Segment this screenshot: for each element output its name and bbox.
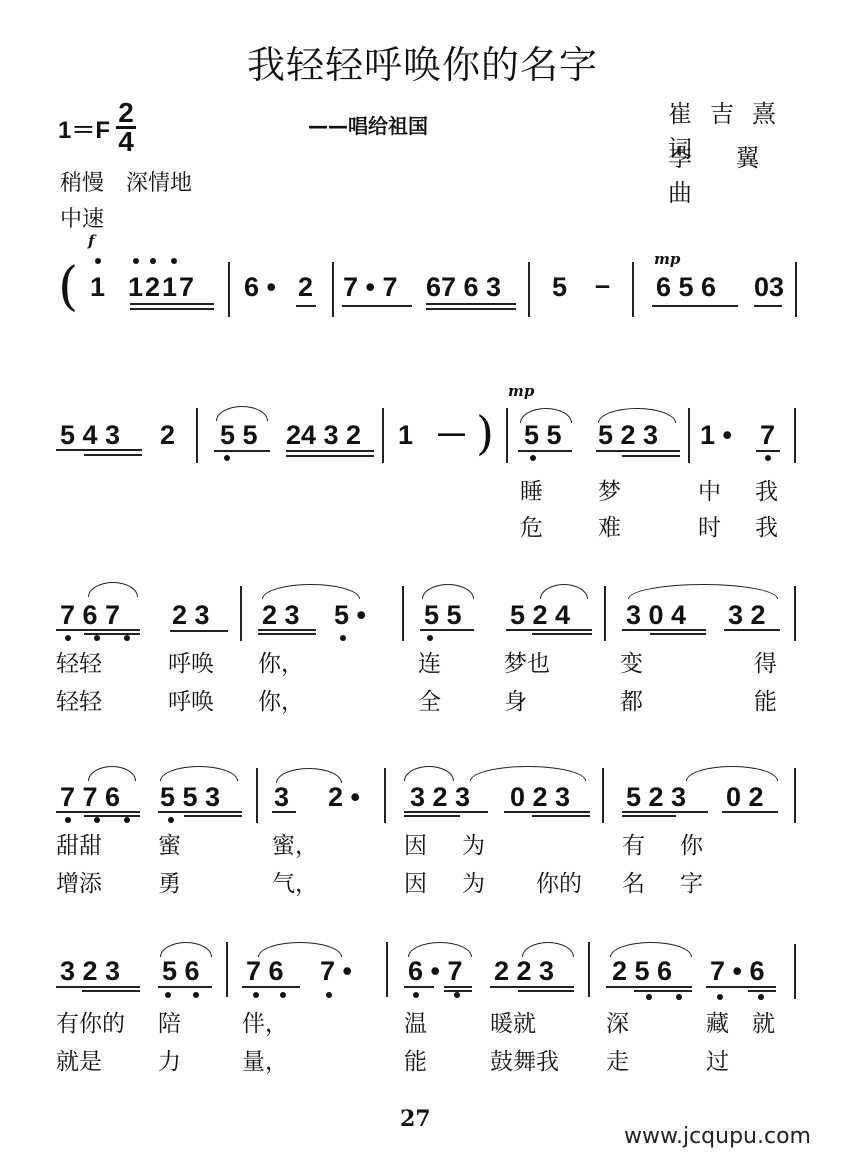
note-group: 24 3 2 <box>286 420 361 450</box>
open-parenthesis: ( <box>58 264 78 310</box>
lyric: 鼓舞我 <box>490 1048 559 1076</box>
lyric: 就是 <box>56 1048 102 1076</box>
note-group: 5 • <box>334 600 366 630</box>
note: 2 <box>160 420 175 450</box>
lyric: 难 <box>598 514 621 542</box>
note-group: 67 6 3 <box>426 272 501 302</box>
note-group: 5 5 <box>424 600 462 630</box>
lyric: 为 <box>462 832 485 860</box>
lyric: 勇 <box>158 870 181 898</box>
lyric: 字 <box>680 870 703 898</box>
key-label: 1＝F <box>58 110 110 145</box>
note-group: 2 2 3 <box>494 956 554 986</box>
lyric: 睡 <box>520 478 543 506</box>
lyric: 量， <box>242 1048 288 1076</box>
lyric: 你， <box>258 688 304 716</box>
note: 3 <box>274 782 289 812</box>
note-group: 5 5 <box>220 420 258 450</box>
note-group: 2 5 6 <box>612 956 672 986</box>
lyric: 你的 <box>536 870 582 898</box>
lyric: 暖就 <box>490 1010 536 1038</box>
lyric: 轻轻 <box>56 688 102 716</box>
lyric: 呼唤 <box>168 688 214 716</box>
dash: – <box>595 270 610 300</box>
note-group: 7 6 7 <box>60 600 120 630</box>
key-signature: 1＝F 2 4 <box>58 100 136 155</box>
song-title: 我轻轻呼唤你的名字 <box>0 34 845 89</box>
lyric: 变 <box>620 650 643 678</box>
lyric: 藏 <box>706 1010 729 1038</box>
note-group: 5 2 3 <box>626 782 686 812</box>
close-parenthesis: ) <box>476 410 494 456</box>
note-group: 5 4 3 <box>60 420 120 450</box>
note-group: 6 • 7 <box>408 956 463 986</box>
note: 7 <box>760 420 775 450</box>
composer-credit: 李 翼 曲 <box>668 138 845 208</box>
lyric: 我 <box>755 514 778 542</box>
dash: — <box>438 418 465 448</box>
lyric: 增添 <box>56 870 102 898</box>
lyric: 伴， <box>242 1010 288 1038</box>
note-group: 7 7 6 <box>60 782 120 812</box>
lyric: 温 <box>404 1010 427 1038</box>
lyric: 过 <box>706 1048 729 1076</box>
note-group: 5 2 4 <box>510 600 570 630</box>
note-group: 0 2 3 <box>510 782 570 812</box>
note: 6 • <box>244 272 276 302</box>
note-group: 5 6 <box>162 956 200 986</box>
note-group: 7 6 <box>246 956 284 986</box>
time-signature: 2 4 <box>116 100 136 155</box>
lyric: 你， <box>258 650 304 678</box>
lyric: 全 <box>418 688 441 716</box>
lyric: 蜜， <box>272 832 318 860</box>
lyric: 梦也 <box>504 650 550 678</box>
note-group: 1 • <box>700 420 732 450</box>
dynamic-mezzo-piano: mp <box>654 250 680 268</box>
note-group: 6 5 6 <box>656 272 716 302</box>
lyric: 有 <box>622 832 645 860</box>
page-number: 27 <box>400 1106 431 1132</box>
lyric: 危 <box>520 514 543 542</box>
note-group: 7 • 6 <box>710 956 765 986</box>
lyric: 梦 <box>598 478 621 506</box>
lyric: 连 <box>418 650 441 678</box>
lyric: 蜜 <box>158 832 181 860</box>
subtitle: ——唱给祖国 <box>308 110 428 139</box>
lyric: 身 <box>504 688 527 716</box>
note: 1 <box>90 272 105 302</box>
note-group: 3 2 <box>728 600 766 630</box>
note: 2 <box>298 272 313 302</box>
lyric: 中 <box>698 478 721 506</box>
note-group: 7 • 7 <box>343 272 398 302</box>
note: 5 <box>552 272 567 302</box>
lyric: 名 <box>622 870 645 898</box>
lyric: 你 <box>680 832 703 860</box>
dynamic-mezzo-piano: mp <box>508 382 534 400</box>
lyric: 我 <box>755 478 778 506</box>
dynamic-forte: f <box>88 232 94 250</box>
note-group: 2 3 <box>172 600 210 630</box>
note-group: 03 <box>754 272 784 302</box>
lyric: 气， <box>272 870 318 898</box>
note-group: 3 0 4 <box>626 600 686 630</box>
note-group: 2 • <box>328 782 360 812</box>
note-group: 3 2 3 <box>410 782 470 812</box>
note-group: 5 5 3 <box>160 782 220 812</box>
lyric: 都 <box>620 688 643 716</box>
note-group: 2 3 <box>262 600 300 630</box>
lyric: 深 <box>606 1010 629 1038</box>
lyric: 力 <box>158 1048 181 1076</box>
lyric: 时 <box>698 514 721 542</box>
lyric: 得 <box>754 650 777 678</box>
lyric: 甜甜 <box>56 832 102 860</box>
note-group: 3 2 3 <box>60 956 120 986</box>
tempo-speed: 中速 <box>60 202 104 233</box>
lyric: 有你的 <box>56 1010 125 1038</box>
lyric: 能 <box>754 688 777 716</box>
lyric: 为 <box>462 870 485 898</box>
lyric: 因 <box>404 870 427 898</box>
watermark: www.jcqupu.com <box>624 1124 811 1149</box>
lyric: 呼唤 <box>168 650 214 678</box>
lyric: 轻轻 <box>56 650 102 678</box>
lyric: 陪 <box>158 1010 181 1038</box>
tempo-marking: 稍慢 深情地 <box>60 166 192 197</box>
note-group: 5 2 3 <box>598 420 658 450</box>
note-group: 5 5 <box>524 420 562 450</box>
lyric: 就 <box>752 1010 775 1038</box>
lyric: 因 <box>404 832 427 860</box>
note-group: 1217 <box>128 272 196 302</box>
lyric: 能 <box>404 1048 427 1076</box>
note-group: 0 2 <box>726 782 764 812</box>
note-group: 7 • <box>320 956 352 986</box>
lyric: 走 <box>606 1048 629 1076</box>
note: 1 <box>398 420 413 450</box>
